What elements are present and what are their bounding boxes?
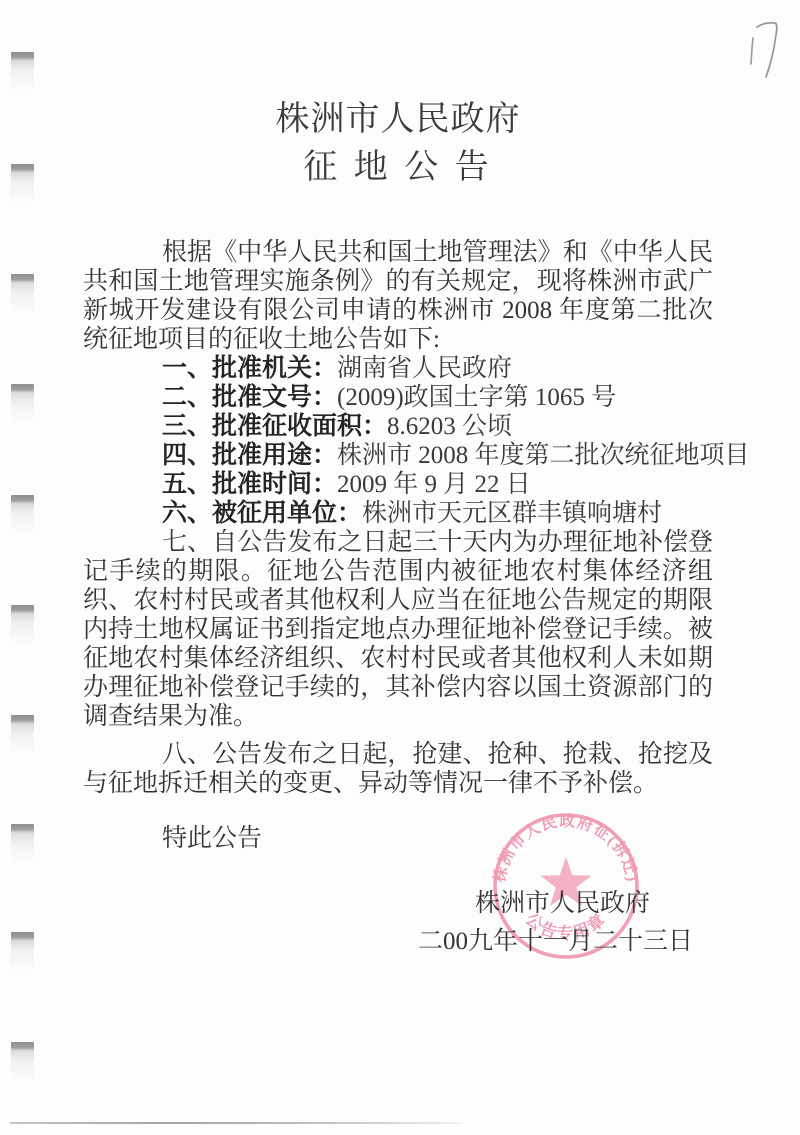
list-item: 三、批准征收面积：8.6203 公顷 [83, 412, 713, 441]
list-item: 四、批准用途：株洲市 2008 年度第二批次统征地项目 [83, 441, 713, 470]
signature-block: 株洲市人民政府 二00九年十一月二十三日 [83, 885, 713, 961]
list-item: 六、被征用单位：株洲市天元区群丰镇响塘村 [83, 499, 713, 528]
binder-hole-mark [11, 824, 34, 864]
item-label: 三、批准征收面积： [162, 413, 387, 440]
intro-paragraph: 根据《中华人民共和国土地管理法》和《中华人民共和国土地管理实施条例》的有关规定，… [83, 238, 713, 354]
binder-hole-mark [11, 384, 34, 424]
handwritten-page-number [735, 14, 790, 89]
item-value: 株洲市 2008 年度第二批次统征地项目 [337, 442, 750, 469]
approval-items-list: 一、批准机关：湖南省人民政府 二、批准文号：(2009)政国土字第 1065 号… [83, 354, 713, 528]
binder-hole-mark [11, 715, 34, 755]
issuing-authority-title: 株洲市人民政府 [83, 96, 713, 144]
binder-hole-mark [11, 52, 34, 92]
scan-artifact-line [10, 1122, 462, 1124]
list-item: 二、批准文号：(2009)政国土字第 1065 号 [83, 383, 713, 412]
binder-hole-mark [11, 932, 34, 972]
no-compensation-paragraph: 八、公告发布之日起，抢建、抢种、抢栽、抢挖及与征地拆迁相关的变更、异动等情况一律… [83, 740, 713, 798]
item-value: 8.6203 公顷 [387, 413, 512, 440]
item-label: 四、批准用途： [162, 442, 337, 469]
binder-hole-mark [11, 164, 34, 204]
document-title-block: 株洲市人民政府 征 地 公 告 [83, 96, 713, 192]
item-label: 五、批准时间： [162, 471, 337, 498]
item-value: (2009)政国土字第 1065 号 [337, 384, 616, 411]
binder-hole-mark [11, 1042, 34, 1082]
signature-date: 二00九年十一月二十三日 [418, 923, 693, 961]
item-label: 二、批准文号： [162, 384, 337, 411]
list-item: 一、批准机关：湖南省人民政府 [83, 354, 713, 383]
signature-authority: 株洲市人民政府 [475, 885, 650, 923]
item-value: 湖南省人民政府 [337, 355, 512, 382]
item-label: 六、被征用单位： [162, 500, 362, 527]
announcement-title: 征 地 公 告 [83, 144, 713, 192]
binder-hole-mark [11, 495, 34, 535]
registration-deadline-paragraph: 七、自公告发布之日起三十天内为办理征地补偿登记手续的期限。征地公告范围内被征地农… [83, 528, 713, 731]
item-label: 一、批准机关： [162, 355, 337, 382]
binder-hole-mark [11, 274, 34, 314]
item-value: 株洲市天元区群丰镇响塘村 [362, 500, 662, 527]
list-item: 五、批准时间：2009 年 9 月 22 日 [83, 470, 713, 499]
binder-hole-mark [11, 605, 34, 645]
item-value: 2009 年 9 月 22 日 [337, 471, 531, 498]
